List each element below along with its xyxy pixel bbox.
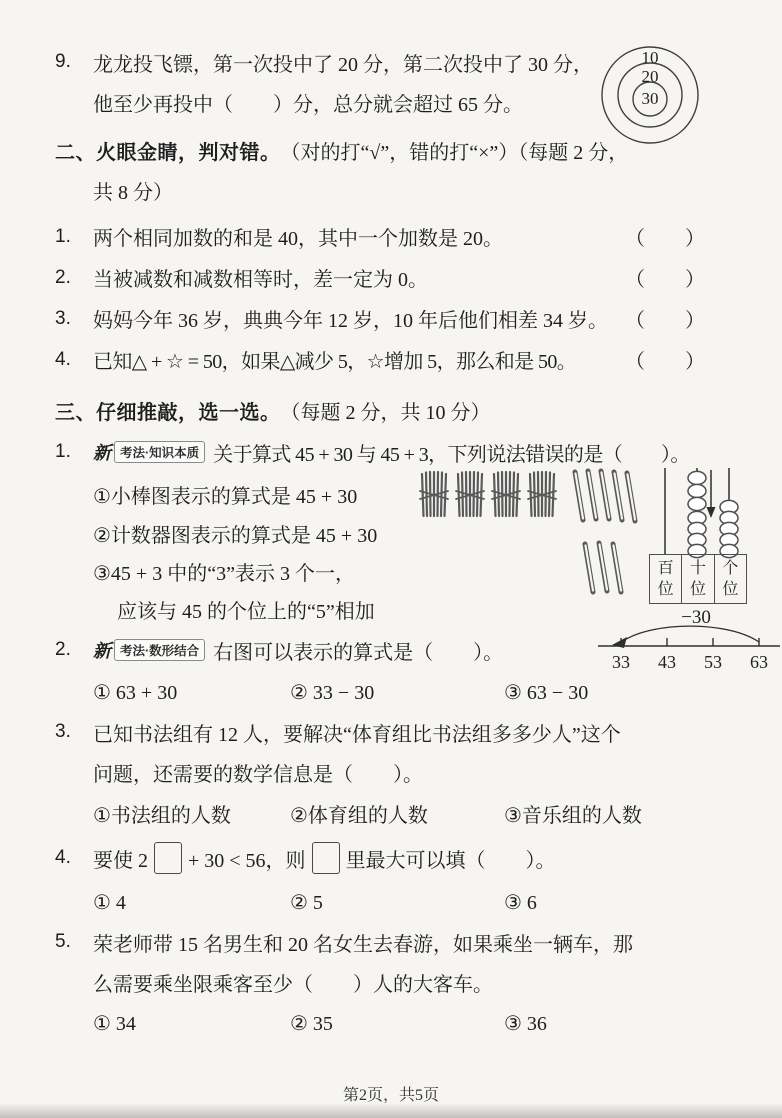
- section-subtitle: （对的打“√”，错的打“×”）（每题 2 分，: [281, 136, 629, 165]
- stick-bundle: [420, 472, 448, 516]
- item-text: 已知△ + ☆ = 50，如果△减少 5，☆增加 5，那么和是 50。: [93, 345, 576, 374]
- loose-stick: [585, 544, 593, 592]
- arc-label: −30: [681, 608, 711, 628]
- tick-label: 63: [750, 652, 768, 672]
- item-text-pre: 要使 2: [93, 844, 148, 873]
- exam-page: { "page": { "footer": "第2页，共5页" }, "q9":…: [0, 0, 782, 1118]
- item-number: 3.: [55, 308, 93, 330]
- question-text: 龙龙投飞镖，第一次投中了 20 分，第二次投中了 30 分，: [93, 48, 593, 77]
- answer-bracket: （ ）: [625, 345, 705, 374]
- loose-stick: [588, 471, 596, 519]
- item-text-post: 里最大可以填（ ）。: [346, 844, 556, 873]
- option-3: ③ 63 − 30: [504, 680, 745, 705]
- section-subtitle: （每题 2 分，共 10 分）: [281, 396, 491, 425]
- judge-item-2: 2. 当被减数和减数相等时，差一定为 0。 （ ）: [55, 257, 705, 298]
- item-number: 4.: [55, 349, 93, 371]
- dartboard-icon: 10 20 30: [597, 42, 703, 148]
- answer-bracket: （ ）: [625, 263, 705, 292]
- item-number: 2.: [55, 267, 93, 289]
- loose-stick: [575, 472, 583, 520]
- option-2: ②体育组的人数: [290, 799, 504, 828]
- item-text: 当被减数和减数相等时，差一定为 0。: [93, 263, 428, 292]
- judge-item-1: 1. 两个相同加数的和是 40，其中一个加数是 20。 （ ）: [55, 216, 705, 257]
- down-arrow-icon: [707, 470, 716, 518]
- numberline-figure: −30 33 43 53 63: [596, 608, 782, 678]
- option-3: ③ 6: [504, 890, 745, 915]
- loose-stick: [627, 473, 635, 521]
- choice-q3-options: ①书法组的人数 ②体育组的人数 ③音乐组的人数: [55, 792, 745, 834]
- stick-bundle: [456, 472, 484, 516]
- item-text: 关于算式 45 + 30 与 45 + 3，下列说法错误的是（ ）。: [213, 438, 690, 467]
- tens-added-beads: [688, 471, 706, 510]
- blank-box: [154, 842, 182, 874]
- ring-score-inner: 30: [642, 89, 659, 108]
- option-3: ③音乐组的人数: [504, 799, 745, 828]
- judge-item-3: 3. 妈妈今年 36 岁，典典今年 12 岁，10 年后他们相差 34 岁。 （…: [55, 298, 705, 339]
- option-1: ① 4: [93, 890, 290, 915]
- loose-stick: [614, 472, 622, 520]
- option-1: ① 63 + 30: [93, 680, 290, 705]
- tick-label: 43: [658, 652, 676, 672]
- loose-stick: [601, 471, 609, 519]
- scan-bottom-edge: [0, 1103, 782, 1118]
- loose-stick: [613, 544, 621, 592]
- section3-header: 三、仔细推敲，选一选。（每题 2 分，共 10 分）: [55, 390, 745, 430]
- choice-q5-line1: 5. 荣老师带 15 名男生和 20 名女生去春游，如果乘坐一辆车，那: [55, 922, 745, 962]
- section-title: 二、火眼金睛，判对错。: [55, 136, 281, 165]
- choice-q3-line2: 问题，还需要的数学信息是（ ）。: [55, 752, 745, 792]
- option-2: ② 5: [290, 890, 504, 915]
- new-badge: 新: [93, 637, 111, 663]
- item-text: 两个相同加数的和是 40，其中一个加数是 20。: [93, 222, 503, 251]
- item-number: 4.: [55, 847, 93, 869]
- item-number: 3.: [55, 721, 93, 743]
- place-value-box: 百位 十位 个位: [649, 554, 747, 604]
- option-2: ② 33 − 30: [290, 680, 504, 705]
- section2-header-line2: 共 8 分）: [55, 170, 745, 210]
- ones-beads: [720, 500, 738, 557]
- judge-item-4: 4. 已知△ + ☆ = 50，如果△减少 5，☆增加 5，那么和是 50。 （…: [55, 339, 705, 380]
- item-text: 荣老师带 15 名男生和 20 名女生去春游，如果乘坐一辆车，那: [93, 928, 633, 957]
- stick-bundle: [528, 472, 556, 516]
- blank-box: [312, 842, 340, 874]
- item-number: 1.: [55, 226, 93, 248]
- answer-bracket: （ ）: [625, 222, 705, 251]
- option-1: ① 34: [93, 1011, 290, 1036]
- tick-label: 53: [704, 652, 722, 672]
- ring-score-middle: 20: [642, 67, 659, 86]
- loose-stick: [599, 543, 607, 591]
- stick-bundle: [492, 472, 520, 516]
- numberline-icon: −30 33 43 53 63: [596, 608, 782, 678]
- method-badge: 考法·知识本质: [114, 441, 205, 463]
- section-title: 三、仔细推敲，选一选。: [55, 396, 281, 425]
- option-1: ①书法组的人数: [93, 799, 290, 828]
- question-text: 他至少再投中（ ）分，总分就会超过 65 分。: [93, 88, 523, 117]
- sticks-counter-figure: 百位 十位 个位: [413, 466, 747, 606]
- option-2: ② 35: [290, 1011, 504, 1036]
- choice-q5-options: ① 34 ② 35 ③ 36: [55, 1002, 745, 1044]
- ring-score-outer: 10: [642, 48, 659, 67]
- choice-q5-line2: 么需要乘坐限乘客至少（ ）人的大客车。: [55, 962, 745, 1002]
- item-number: 1.: [55, 441, 93, 463]
- new-badge: 新: [93, 439, 111, 465]
- method-badge: 考法·数形结合: [114, 639, 205, 661]
- answer-bracket: （ ）: [625, 304, 705, 333]
- tens-beads: [688, 511, 706, 557]
- choice-q4: 4. 要使 2 + 30 < 56，则里最大可以填（ ）。: [55, 834, 745, 882]
- ones-label: 个位: [714, 555, 746, 603]
- tick-label: 33: [612, 652, 630, 672]
- item-number: 5.: [55, 931, 93, 953]
- hundreds-label: 百位: [650, 555, 681, 603]
- option-3: ③ 36: [504, 1011, 745, 1036]
- item-text: 已知书法组有 12 人，要解决“体育组比书法组多多少人”这个: [93, 718, 621, 747]
- question-number: 9.: [55, 51, 93, 73]
- item-number: 2.: [55, 639, 93, 661]
- item-text-mid: + 30 < 56，则: [188, 844, 306, 873]
- item-text: 妈妈今年 36 岁，典典今年 12 岁，10 年后他们相差 34 岁。: [93, 304, 608, 333]
- page-footer: 第2页，共5页: [0, 1082, 782, 1105]
- choice-q4-options: ① 4 ② 5 ③ 6: [55, 882, 745, 922]
- dartboard-figure: 10 20 30: [597, 42, 703, 148]
- choice-q3-line1: 3. 已知书法组有 12 人，要解决“体育组比书法组多多少人”这个: [55, 712, 745, 752]
- item-text: 右图可以表示的算式是（ ）。: [213, 636, 503, 665]
- tens-label: 十位: [681, 555, 713, 603]
